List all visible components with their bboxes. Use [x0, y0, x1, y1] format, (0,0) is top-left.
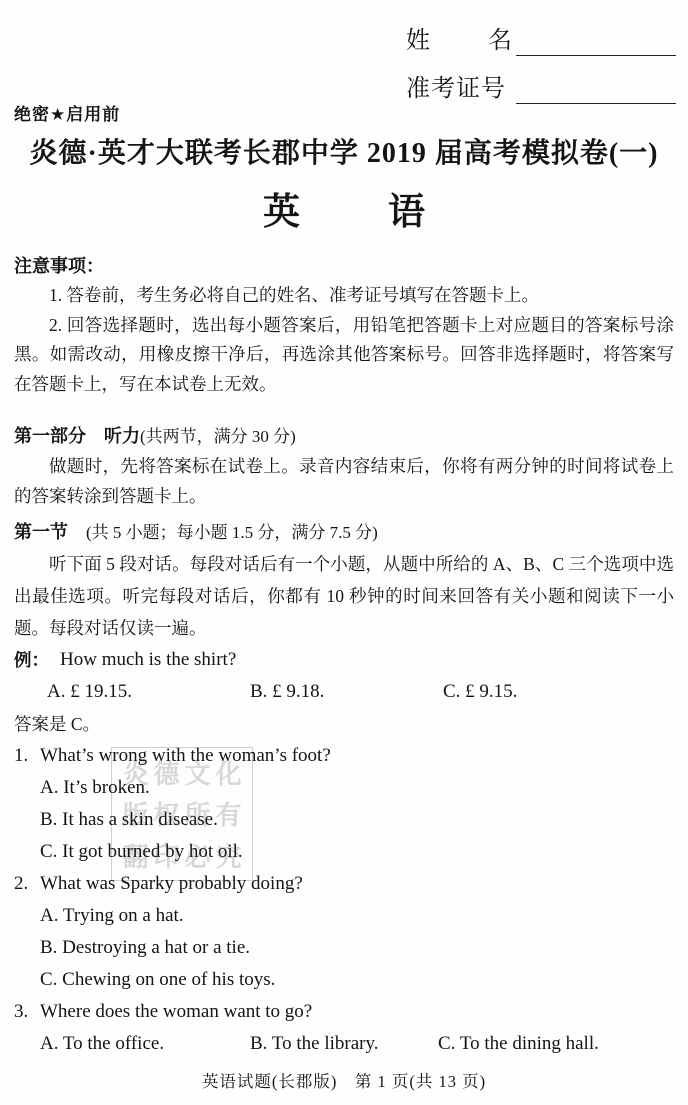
admission-number-field-row: 准考证号: [406, 62, 676, 104]
admission-number-label: 准考证号: [406, 75, 512, 104]
question-2-text: What was Sparky probably doing?: [40, 868, 303, 900]
part1-heading: 第一部分 听力(共两节，满分 30 分): [14, 421, 674, 452]
subject-char1: 英: [263, 181, 300, 235]
question-2-option-c: C. Chewing on one of his toys.: [14, 964, 674, 996]
question-3-number: 3.: [14, 996, 40, 1028]
subject-title: 英 语: [0, 181, 688, 235]
section1-instructions: 听下面 5 段对话。每段对话后有一个小题，从题中所给的 A、B、C 三个选项中选…: [14, 548, 674, 644]
question-3-row: 3. Where does the woman want to go?: [14, 996, 674, 1028]
classification-label: 绝密★启用前: [14, 100, 120, 125]
notice-heading: 注意事项：: [14, 251, 674, 281]
name-field-line: [516, 21, 676, 56]
question-1-number: 1.: [14, 740, 40, 772]
question-2-number: 2.: [14, 868, 40, 900]
question-1-option-a: A. It’s broken.: [14, 772, 674, 804]
exam-body: 注意事项： 1. 答卷前，考生务必将自己的姓名、准考证号填写在答题卡上。 2. …: [14, 251, 674, 1060]
example-option-a: A. £ 19.15.: [47, 676, 132, 708]
question-3-options-row: A. To the office. B. To the library. C. …: [14, 1028, 674, 1060]
section1-heading: 第一节 (共 5 小题；每小题 1.5 分，满分 7.5 分): [14, 517, 674, 548]
question-3-option-b: B. To the library.: [250, 1028, 378, 1060]
exam-title: 炎德·英才大联考长郡中学 2019 届高考模拟卷(一): [0, 131, 688, 171]
question-1-row: 1. What’s wrong with the woman’s foot?: [14, 740, 674, 772]
question-1-option-b: B. It has a skin disease.: [14, 804, 674, 836]
notice-item-1: 1. 答卷前，考生务必将自己的姓名、准考证号填写在答题卡上。: [14, 281, 674, 311]
section1-heading-detail: (共 5 小题；每小题 1.5 分，满分 7.5 分): [86, 523, 378, 542]
question-1-option-c: C. It got burned by hot oil.: [14, 836, 674, 868]
notice-item-2: 2. 回答选择题时，选出每小题答案后，用铅笔把答题卡上对应题目的答案标号涂黑。如…: [14, 311, 674, 400]
admission-number-line: [516, 69, 676, 104]
question-3-option-c: C. To the dining hall.: [438, 1028, 599, 1060]
name-field-label: 姓名: [406, 27, 512, 56]
example-label: 例：: [14, 644, 60, 676]
question-3-option-a: A. To the office.: [40, 1028, 164, 1060]
example-answer-note: 答案是 C。: [14, 708, 674, 740]
part1-intro: 做题时，先将答案标在试卷上。录音内容结束后，你将有两分钟的时间将试卷上的答案转涂…: [14, 452, 674, 511]
part1-heading-bold: 第一部分 听力: [14, 426, 140, 446]
name-label-char2: 名: [488, 27, 512, 56]
example-option-c: C. £ 9.15.: [443, 676, 517, 708]
name-field-row: 姓名: [406, 14, 676, 56]
example-question-text: How much is the shirt?: [60, 644, 236, 676]
question-2-option-b: B. Destroying a hat or a tie.: [14, 932, 674, 964]
question-2-row: 2. What was Sparky probably doing?: [14, 868, 674, 900]
section1-heading-bold: 第一节: [14, 522, 68, 542]
subject-char2: 语: [388, 181, 425, 235]
part1-heading-detail: (共两节，满分 30 分): [140, 427, 296, 446]
name-label-char1: 姓: [406, 27, 430, 56]
example-option-b: B. £ 9.18.: [250, 676, 324, 708]
example-question-row: 例： How much is the shirt?: [14, 644, 674, 676]
example-options-row: A. £ 19.15. B. £ 9.18. C. £ 9.15.: [14, 676, 674, 708]
question-1-text: What’s wrong with the woman’s foot?: [40, 740, 331, 772]
exam-paper-page: 姓名 准考证号 绝密★启用前 炎德·英才大联考长郡中学 2019 届高考模拟卷(…: [0, 0, 688, 1105]
question-3-text: Where does the woman want to go?: [40, 996, 312, 1028]
question-2-option-a: A. Trying on a hat.: [14, 900, 674, 932]
page-footer: 英语试题(长郡版) 第 1 页(共 13 页): [0, 1068, 688, 1092]
candidate-info-block: 姓名 准考证号: [406, 14, 676, 110]
